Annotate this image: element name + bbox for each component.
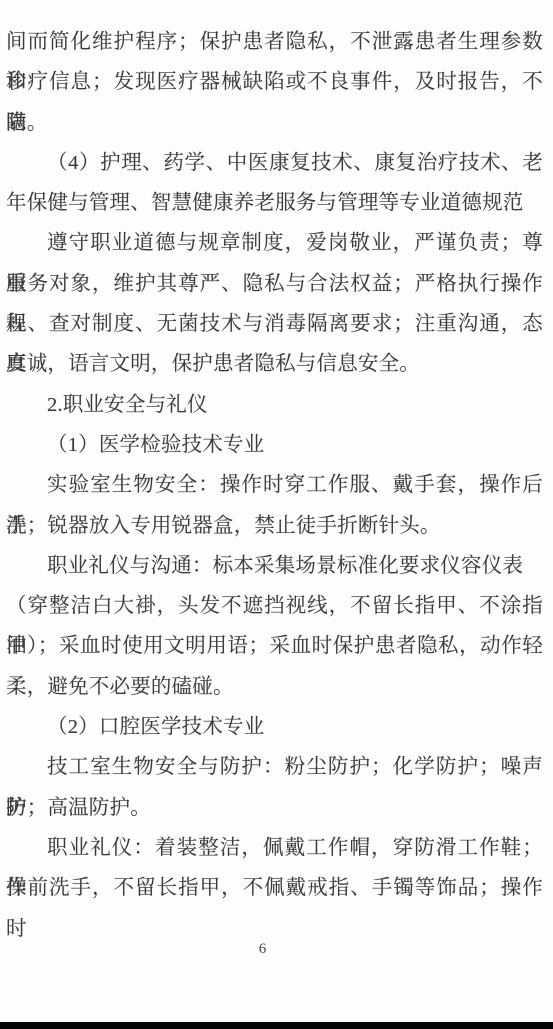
- text-line: 诊疗信息；发现医疗器械缺陷或不良事件，及时报告，不隐: [6, 62, 543, 102]
- text-line: 服务对象，维护其尊严、隐私与合法权益；严格执行操作规: [6, 264, 543, 304]
- page-number: 6: [0, 941, 539, 958]
- text-line: 实验室生物安全：操作时穿工作服、戴手套，操作后洗: [6, 465, 543, 505]
- document-body: 间而简化维护程序；保护患者隐私，不泄露患者生理参数和诊疗信息；发现医疗器械缺陷或…: [0, 0, 553, 909]
- text-line: 程、查对制度、无菌技术与消毒隔离要求；注重沟通，态度: [6, 304, 543, 344]
- text-line: 护；高温防护。: [6, 788, 543, 828]
- text-line: 2.职业安全与礼仪: [6, 385, 543, 425]
- text-line: 年保健与管理、智慧健康养老服务与管理等专业道德规范: [6, 183, 543, 223]
- text-line: 间而简化维护程序；保护患者隐私，不泄露患者生理参数和: [6, 22, 543, 62]
- text-line: 手；锐器放入专用锐器盒，禁止徒手折断针头。: [6, 506, 543, 546]
- text-line: （穿整洁白大褂，头发不遮挡视线，不留长指甲、不涂指甲: [6, 586, 543, 626]
- text-line: 职业礼仪与沟通：标本采集场景标准化要求仪容仪表: [6, 546, 543, 586]
- text-line: 柔，避免不必要的磕碰。: [6, 667, 543, 707]
- text-line: 职业礼仪：着装整洁，佩戴工作帽，穿防滑工作鞋；操: [6, 828, 543, 868]
- text-line: 瞒。: [6, 103, 543, 143]
- text-line: 真诚，语言文明，保护患者隐私与信息安全。: [6, 344, 543, 384]
- text-line: 油）；采血时使用文明用语；采血时保护患者隐私，动作轻: [6, 626, 543, 666]
- text-line: 遵守职业道德与规章制度，爱岗敬业，严谨负责；尊重: [6, 223, 543, 263]
- text-line: 作前洗手，不留长指甲，不佩戴戒指、手镯等饰品；操作时: [6, 868, 543, 908]
- document-page: 间而简化维护程序；保护患者隐私，不泄露患者生理参数和诊疗信息；发现医疗器械缺陷或…: [0, 0, 553, 1029]
- bottom-border-bar: [0, 1022, 553, 1029]
- text-line: （4）护理、药学、中医康复技术、康复治疗技术、老: [6, 143, 543, 183]
- text-line: 技工室生物安全与防护：粉尘防护；化学防护；噪声防: [6, 747, 543, 787]
- text-line: （1）医学检验技术专业: [6, 425, 543, 465]
- text-line: （2）口腔医学技术专业: [6, 707, 543, 747]
